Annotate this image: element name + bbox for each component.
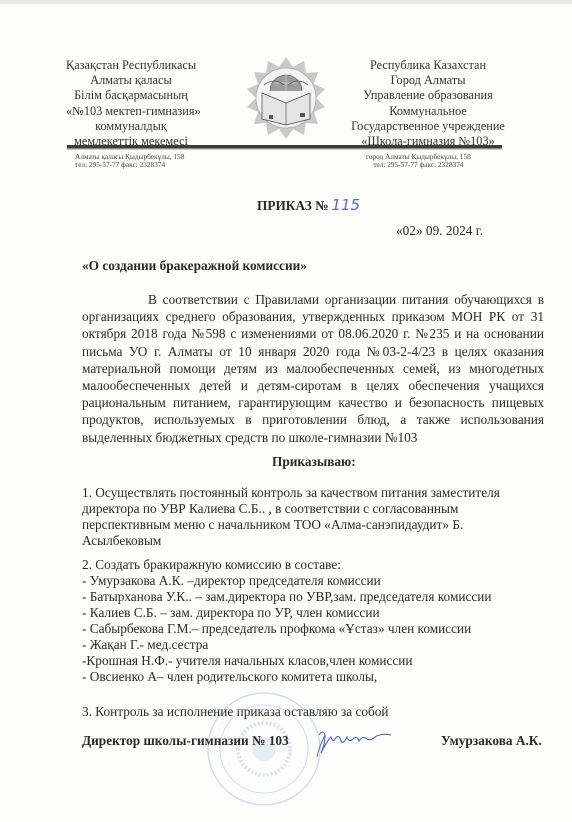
letterhead-left: Қазақстан Республикасы Алматы қаласы Біл… xyxy=(66,58,196,149)
commission-member: - Батырханова У.К.. – зам.директора по У… xyxy=(82,589,552,605)
letterhead-left-line: «№103 мектеп-гимназия» xyxy=(66,104,196,119)
address-line: тел: 295-57-77 факс: 2328374 xyxy=(366,161,471,169)
letterhead-divider xyxy=(67,145,502,150)
scan-edge xyxy=(0,0,572,4)
handwritten-signature-icon xyxy=(315,727,395,759)
directive-heading: Приказываю: xyxy=(272,454,356,470)
order-item-3: 3. Контроль за исполнение приказа оставл… xyxy=(82,704,552,720)
order-subject: «О создании бракеражной комиссии» xyxy=(82,258,307,274)
letterhead-left-line: Алматы қаласы xyxy=(66,73,196,88)
order-title: ПРИКАЗ №115 xyxy=(257,196,360,214)
commission-member: - Сабырбекова Г.М.– председатель профком… xyxy=(82,621,552,637)
commission-member: -Крошная Н.Ф.- учителя начальных класов,… xyxy=(82,653,552,669)
order-title-label: ПРИКАЗ № xyxy=(257,198,328,213)
letterhead-right-line: Государственное учреждение xyxy=(348,119,508,134)
letterhead-right: Республика Казахстан Город Алматы Управл… xyxy=(348,58,508,149)
address-right: город Алматы Қыдырбекұлы, 158 тел: 295-5… xyxy=(366,153,471,170)
signatory-title: Директор школы-гимназии № 103 xyxy=(82,733,289,749)
preamble-text: В соответствии с Правилами организации п… xyxy=(82,292,544,445)
order-item-1: 1. Осуществлять постоянный контроль за к… xyxy=(82,485,552,549)
address-line: тел: 295-57-77 факс: 2328374 xyxy=(75,161,184,169)
order-item-2: 2. Создать бракиражную комиссию в состав… xyxy=(82,557,552,685)
letterhead-right-line: Коммунальное xyxy=(348,104,508,119)
commission-member: - Жақан Г.- мед.сестра xyxy=(82,637,552,653)
letterhead-left-line: коммуналдық xyxy=(66,119,196,134)
preamble-paragraph: В соответствии с Правилами организации п… xyxy=(82,291,544,446)
order-date: «02» 09. 2024 г. xyxy=(396,223,483,239)
letterhead-left-line: Білім басқармасының xyxy=(66,88,196,103)
school-emblem-icon xyxy=(244,55,328,141)
item-line: 1. Осуществлять постоянный контроль за к… xyxy=(82,485,552,501)
item-line: директора по УВР Калиева С.Б.. , в соотв… xyxy=(82,501,552,517)
item-line: перспективным меню с начальником ТОО «Ал… xyxy=(82,517,552,533)
document-page: Қазақстан Республикасы Алматы қаласы Біл… xyxy=(0,0,572,822)
order-number-handwritten: 115 xyxy=(331,196,360,214)
signatory-name: Умурзакова А.К. xyxy=(441,733,542,749)
commission-member: - Калиев С.Б. – зам. директора по УР, чл… xyxy=(82,605,552,621)
item-line: Асылбековым xyxy=(82,533,552,549)
letterhead-right-line: Управление образования xyxy=(348,88,508,103)
letterhead-right-line: Город Алматы xyxy=(348,73,508,88)
commission-member: - Умурзакова А.К. –директор председателя… xyxy=(82,573,552,589)
address-left: Алматы қаласы Қыдырбекұлы, 158 тел: 295-… xyxy=(75,153,184,170)
letterhead-right-line: Республика Казахстан xyxy=(348,58,508,73)
letterhead-left-line: Қазақстан Республикасы xyxy=(66,58,196,73)
item-line: 2. Создать бракиражную комиссию в состав… xyxy=(82,557,552,573)
commission-member: - Овсиенко А– член родительского комитет… xyxy=(82,669,552,685)
